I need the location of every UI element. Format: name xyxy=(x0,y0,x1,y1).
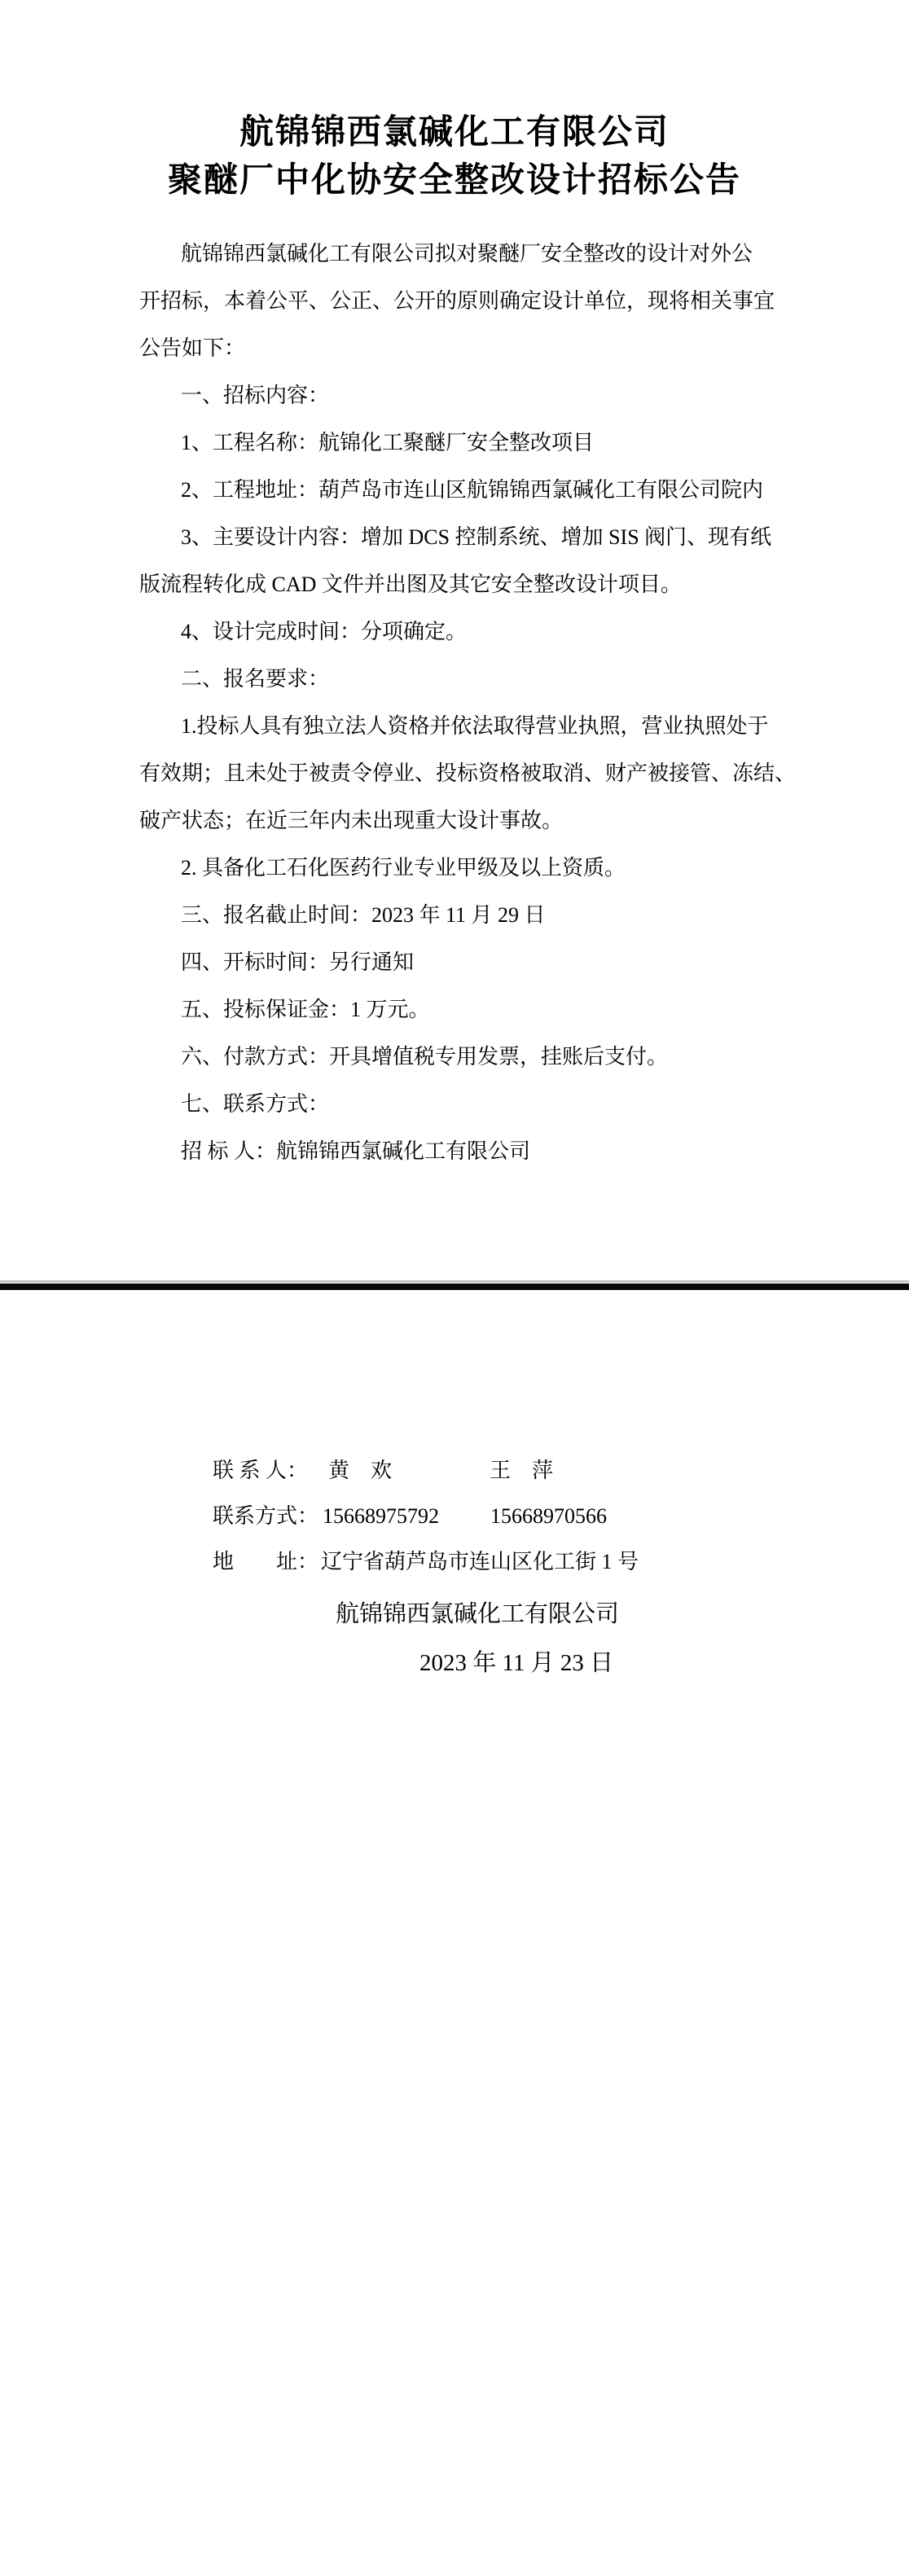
title-line-2: 聚醚厂中化协安全整改设计招标公告 xyxy=(0,157,909,205)
contact-address-value: 辽宁省葫芦岛市连山区化工街 1 号 xyxy=(321,1550,639,1573)
document-line: 1.投标人具有独立法人资格并依法取得营业执照，营业执照处于 xyxy=(0,703,909,750)
document-line: 破产状态；在近三年内未出现重大设计事故。 xyxy=(0,797,909,845)
document-line: 有效期；且未处于被责令停业、投标资格被取消、财产被接管、冻结、 xyxy=(0,750,909,797)
document-line: 二、报名要求： xyxy=(0,656,909,703)
document-line: 六、付款方式：开具增值税专用发票，挂账后支付。 xyxy=(0,1033,909,1081)
document-body: 航锦锦西氯碱化工有限公司拟对聚醚厂安全整改的设计对外公开招标，本着公平、公正、公… xyxy=(0,230,909,1175)
contact-address-label: 地 址： xyxy=(213,1550,318,1573)
document-line: 公告如下： xyxy=(0,325,909,372)
document-title: 航锦锦西氯碱化工有限公司 聚醚厂中化协安全整改设计招标公告 xyxy=(0,109,909,205)
document-line: 2. 具备化工石化医药行业专业甲级及以上资质。 xyxy=(0,845,909,892)
contact-phone-number-1: 15668975792 xyxy=(323,1504,439,1528)
title-line-1: 航锦锦西氯碱化工有限公司 xyxy=(0,109,909,157)
contact-phone-number-2: 15668970566 xyxy=(490,1504,607,1528)
signature-company: 航锦锦西氯碱化工有限公司 xyxy=(336,1590,619,1639)
contact-person-label: 联 系 人： xyxy=(213,1459,308,1482)
document-line: 四、开标时间：另行通知 xyxy=(0,939,909,986)
contact-person-row: 联 系 人：黄 欢王 萍 xyxy=(181,1402,832,1448)
document-line: 七、联系方式： xyxy=(0,1081,909,1128)
signature-date: 2023 年 11 月 23 日 xyxy=(419,1639,613,1687)
document-page: 航锦锦西氯碱化工有限公司 聚醚厂中化协安全整改设计招标公告 航锦锦西氯碱化工有限… xyxy=(0,0,909,2576)
divider-line-shadow xyxy=(0,1280,909,1283)
document-line: 招 标 人：航锦锦西氯碱化工有限公司 xyxy=(0,1128,909,1175)
contact-phone-label: 联系方式： xyxy=(213,1504,318,1528)
contact-block: 联 系 人：黄 欢王 萍 联系方式：1566897579215668970566… xyxy=(181,1402,832,1539)
document-line: 3、主要设计内容：增加 DCS 控制系统、增加 SIS 阀门、现有纸 xyxy=(0,514,909,561)
document-line: 航锦锦西氯碱化工有限公司拟对聚醚厂安全整改的设计对外公 xyxy=(0,230,909,278)
document-line: 开招标，本着公平、公正、公开的原则确定设计单位，现将相关事宜 xyxy=(0,278,909,325)
document-line: 三、报名截止时间：2023 年 11 月 29 日 xyxy=(0,892,909,939)
contact-person-name-1: 黄 欢 xyxy=(328,1459,392,1482)
document-line: 版流程转化成 CAD 文件并出图及其它安全整改设计项目。 xyxy=(0,561,909,608)
document-line: 4、设计完成时间：分项确定。 xyxy=(0,608,909,656)
document-line: 1、工程名称：航锦化工聚醚厂安全整改项目 xyxy=(0,419,909,467)
divider-line xyxy=(0,1284,909,1290)
document-line: 2、工程地址：葫芦岛市连山区航锦锦西氯碱化工有限公司院内 xyxy=(0,467,909,514)
contact-person-name-2: 王 萍 xyxy=(490,1459,553,1482)
document-line: 一、招标内容： xyxy=(0,372,909,419)
document-line: 五、投标保证金：1 万元。 xyxy=(0,986,909,1033)
